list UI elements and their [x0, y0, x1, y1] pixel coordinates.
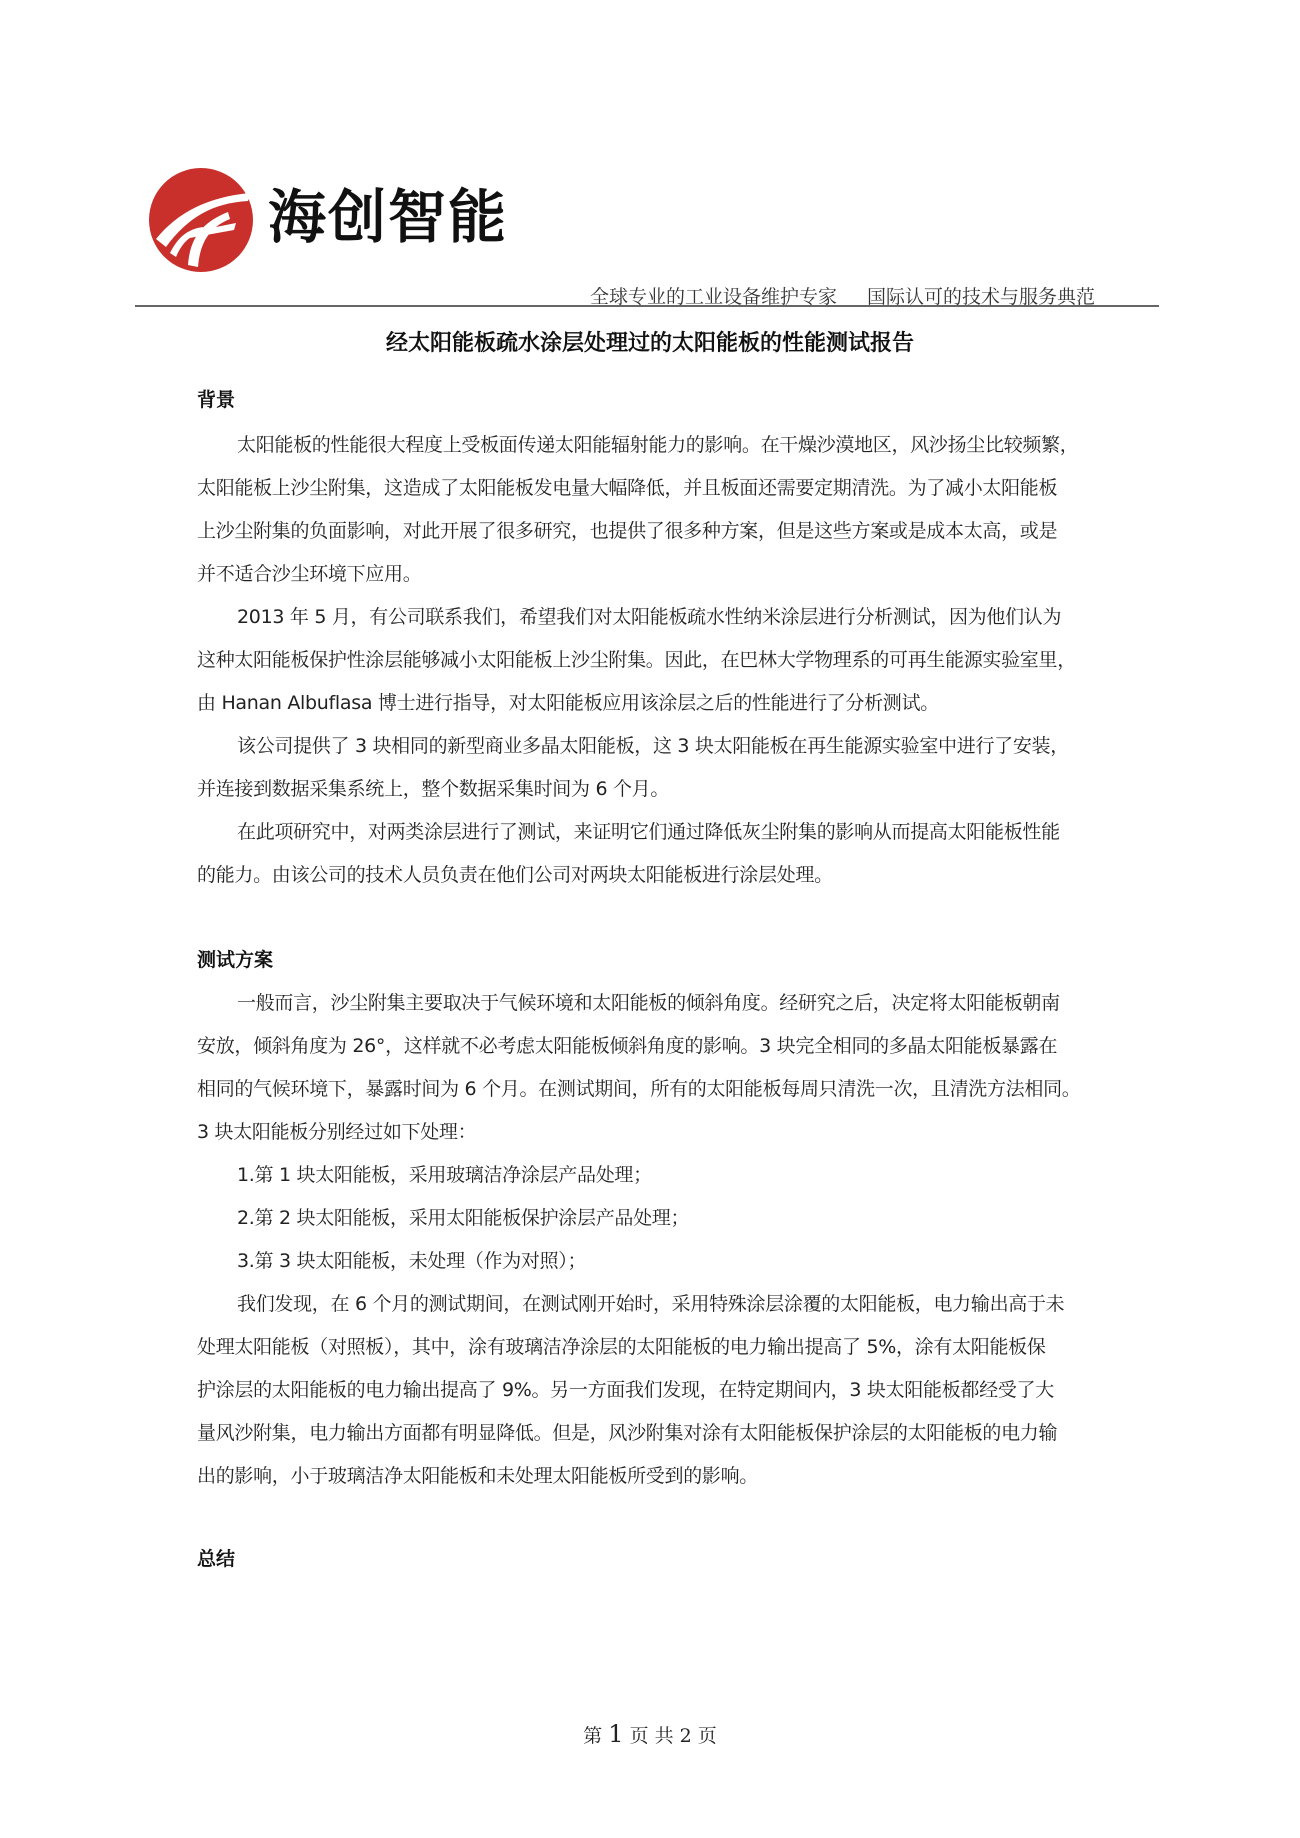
paragraph-line: 由 Hanan Albuflasa 博士进行指导，对太阳能板应用该涂层之后的性能… [197, 688, 939, 715]
section-heading-test-plan: 测试方案 [197, 945, 273, 972]
paragraph-line: 处理太阳能板（对照板），其中，涂有玻璃洁净涂层的太阳能板的电力输出提高了 5%，… [197, 1332, 1046, 1359]
paragraph-line: 一般而言，沙尘附集主要取决于气候环境和太阳能板的倾斜角度。经研究之后，决定将太阳… [237, 988, 1060, 1015]
paragraph-line: 2013 年 5 月，有公司联系我们，希望我们对太阳能板疏水性纳米涂层进行分析测… [237, 602, 1061, 629]
paragraph-line: 相同的气候环境下，暴露时间为 6 个月。在测试期间，所有的太阳能板每周只清洗一次… [197, 1074, 1080, 1101]
section-heading-summary: 总结 [197, 1544, 235, 1571]
paragraph-line: 并连接到数据采集系统上，整个数据采集时间为 6 个月。 [197, 774, 669, 801]
paragraph-line: 并不适合沙尘环境下应用。 [197, 559, 421, 586]
paragraph-line: 的能力。由该公司的技术人员负责在他们公司对两块太阳能板进行涂层处理。 [197, 860, 833, 887]
list-item: 2.第 2 块太阳能板，采用太阳能板保护涂层产品处理； [237, 1203, 689, 1230]
list-item: 3.第 3 块太阳能板，未处理（作为对照）； [237, 1246, 586, 1273]
paragraph-line: 在此项研究中，对两类涂层进行了测试，来证明它们通过降低灰尘附集的影响从而提高太阳… [237, 817, 1060, 844]
section-heading-background: 背景 [197, 385, 235, 412]
header-divider [135, 305, 1159, 307]
paragraph-line: 太阳能板上沙尘附集，这造成了太阳能板发电量大幅降低，并且板面还需要定期清洗。为了… [197, 473, 1057, 500]
paragraph-line: 护涂层的太阳能板的电力输出提高了 9%。另一方面我们发现，在特定期间内，3 块太… [197, 1375, 1054, 1402]
paragraph-line: 太阳能板的性能很大程度上受板面传递太阳能辐射能力的影响。在干燥沙漠地区，风沙扬尘… [237, 430, 1079, 457]
page-middle: 页 共 [630, 1725, 674, 1747]
total-pages: 2 [680, 1725, 692, 1747]
paragraph-line: 我们发现，在 6 个月的测试期间，在测试刚开始时，采用特殊涂层涂覆的太阳能板，电… [237, 1289, 1064, 1316]
paragraph-line: 出的影响，小于玻璃洁净太阳能板和未处理太阳能板所受到的影响。 [197, 1461, 758, 1488]
paragraph-line: 安放，倾斜角度为 26°，这样就不必考虑太阳能板倾斜角度的影响。3 块完全相同的… [197, 1031, 1057, 1058]
company-name: 海创智能 [268, 182, 508, 252]
page-number: 第 1 页 共 2 页 [0, 1720, 1300, 1748]
paragraph-line: 该公司提供了 3 块相同的新型商业多晶太阳能板，这 3 块太阳能板在再生能源实验… [237, 731, 1069, 758]
paragraph-line: 3 块太阳能板分别经过如下处理： [197, 1117, 476, 1144]
list-item: 1.第 1 块太阳能板，采用玻璃洁净涂层产品处理； [237, 1160, 652, 1187]
paragraph-line: 上沙尘附集的负面影响，对此开展了很多研究，也提供了很多种方案，但是这些方案或是成… [197, 516, 1057, 543]
page-suffix: 页 [698, 1725, 717, 1747]
company-logo-icon [148, 167, 254, 273]
current-page: 1 [608, 1720, 623, 1748]
paragraph-line: 量风沙附集，电力输出方面都有明显降低。但是，风沙附集对涂有太阳能板保护涂层的太阳… [197, 1418, 1057, 1445]
page-prefix: 第 [583, 1725, 602, 1747]
paragraph-line: 这种太阳能板保护性涂层能够减小太阳能板上沙尘附集。因此，在巴林大学物理系的可再生… [197, 645, 1076, 672]
document-title: 经太阳能板疏水涂层处理过的太阳能板的性能测试报告 [0, 326, 1300, 357]
